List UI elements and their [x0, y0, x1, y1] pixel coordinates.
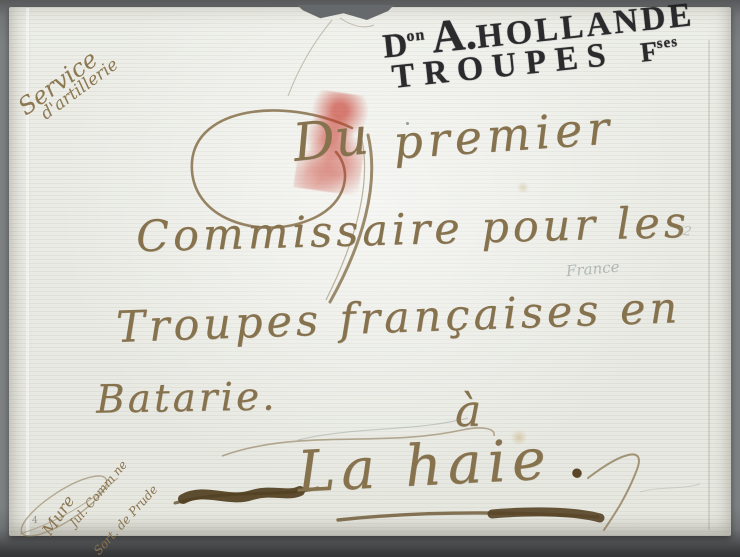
paper-stain: [516, 182, 530, 193]
sender-note: Jul. Comm ne Sort. de Prude Mure: [28, 418, 218, 553]
address-du: Du: [290, 106, 371, 174]
handstamp-d-sup: on: [406, 26, 427, 45]
ink-speck: [437, 75, 441, 79]
address-line4: Batarie.: [96, 374, 278, 422]
handstamp-f-sup: ses: [656, 34, 679, 52]
paper-edge-line: [708, 40, 710, 530]
pencil-note-circled: (2: [677, 223, 693, 240]
paper-stain: [510, 430, 528, 445]
ink-speck: [406, 122, 409, 125]
letter-photo: Service d'artillerie DonA.HOLLANDE TROUP…: [0, 0, 740, 557]
pencil-note-corner: 4: [32, 516, 38, 526]
destination-period: .: [566, 429, 592, 489]
